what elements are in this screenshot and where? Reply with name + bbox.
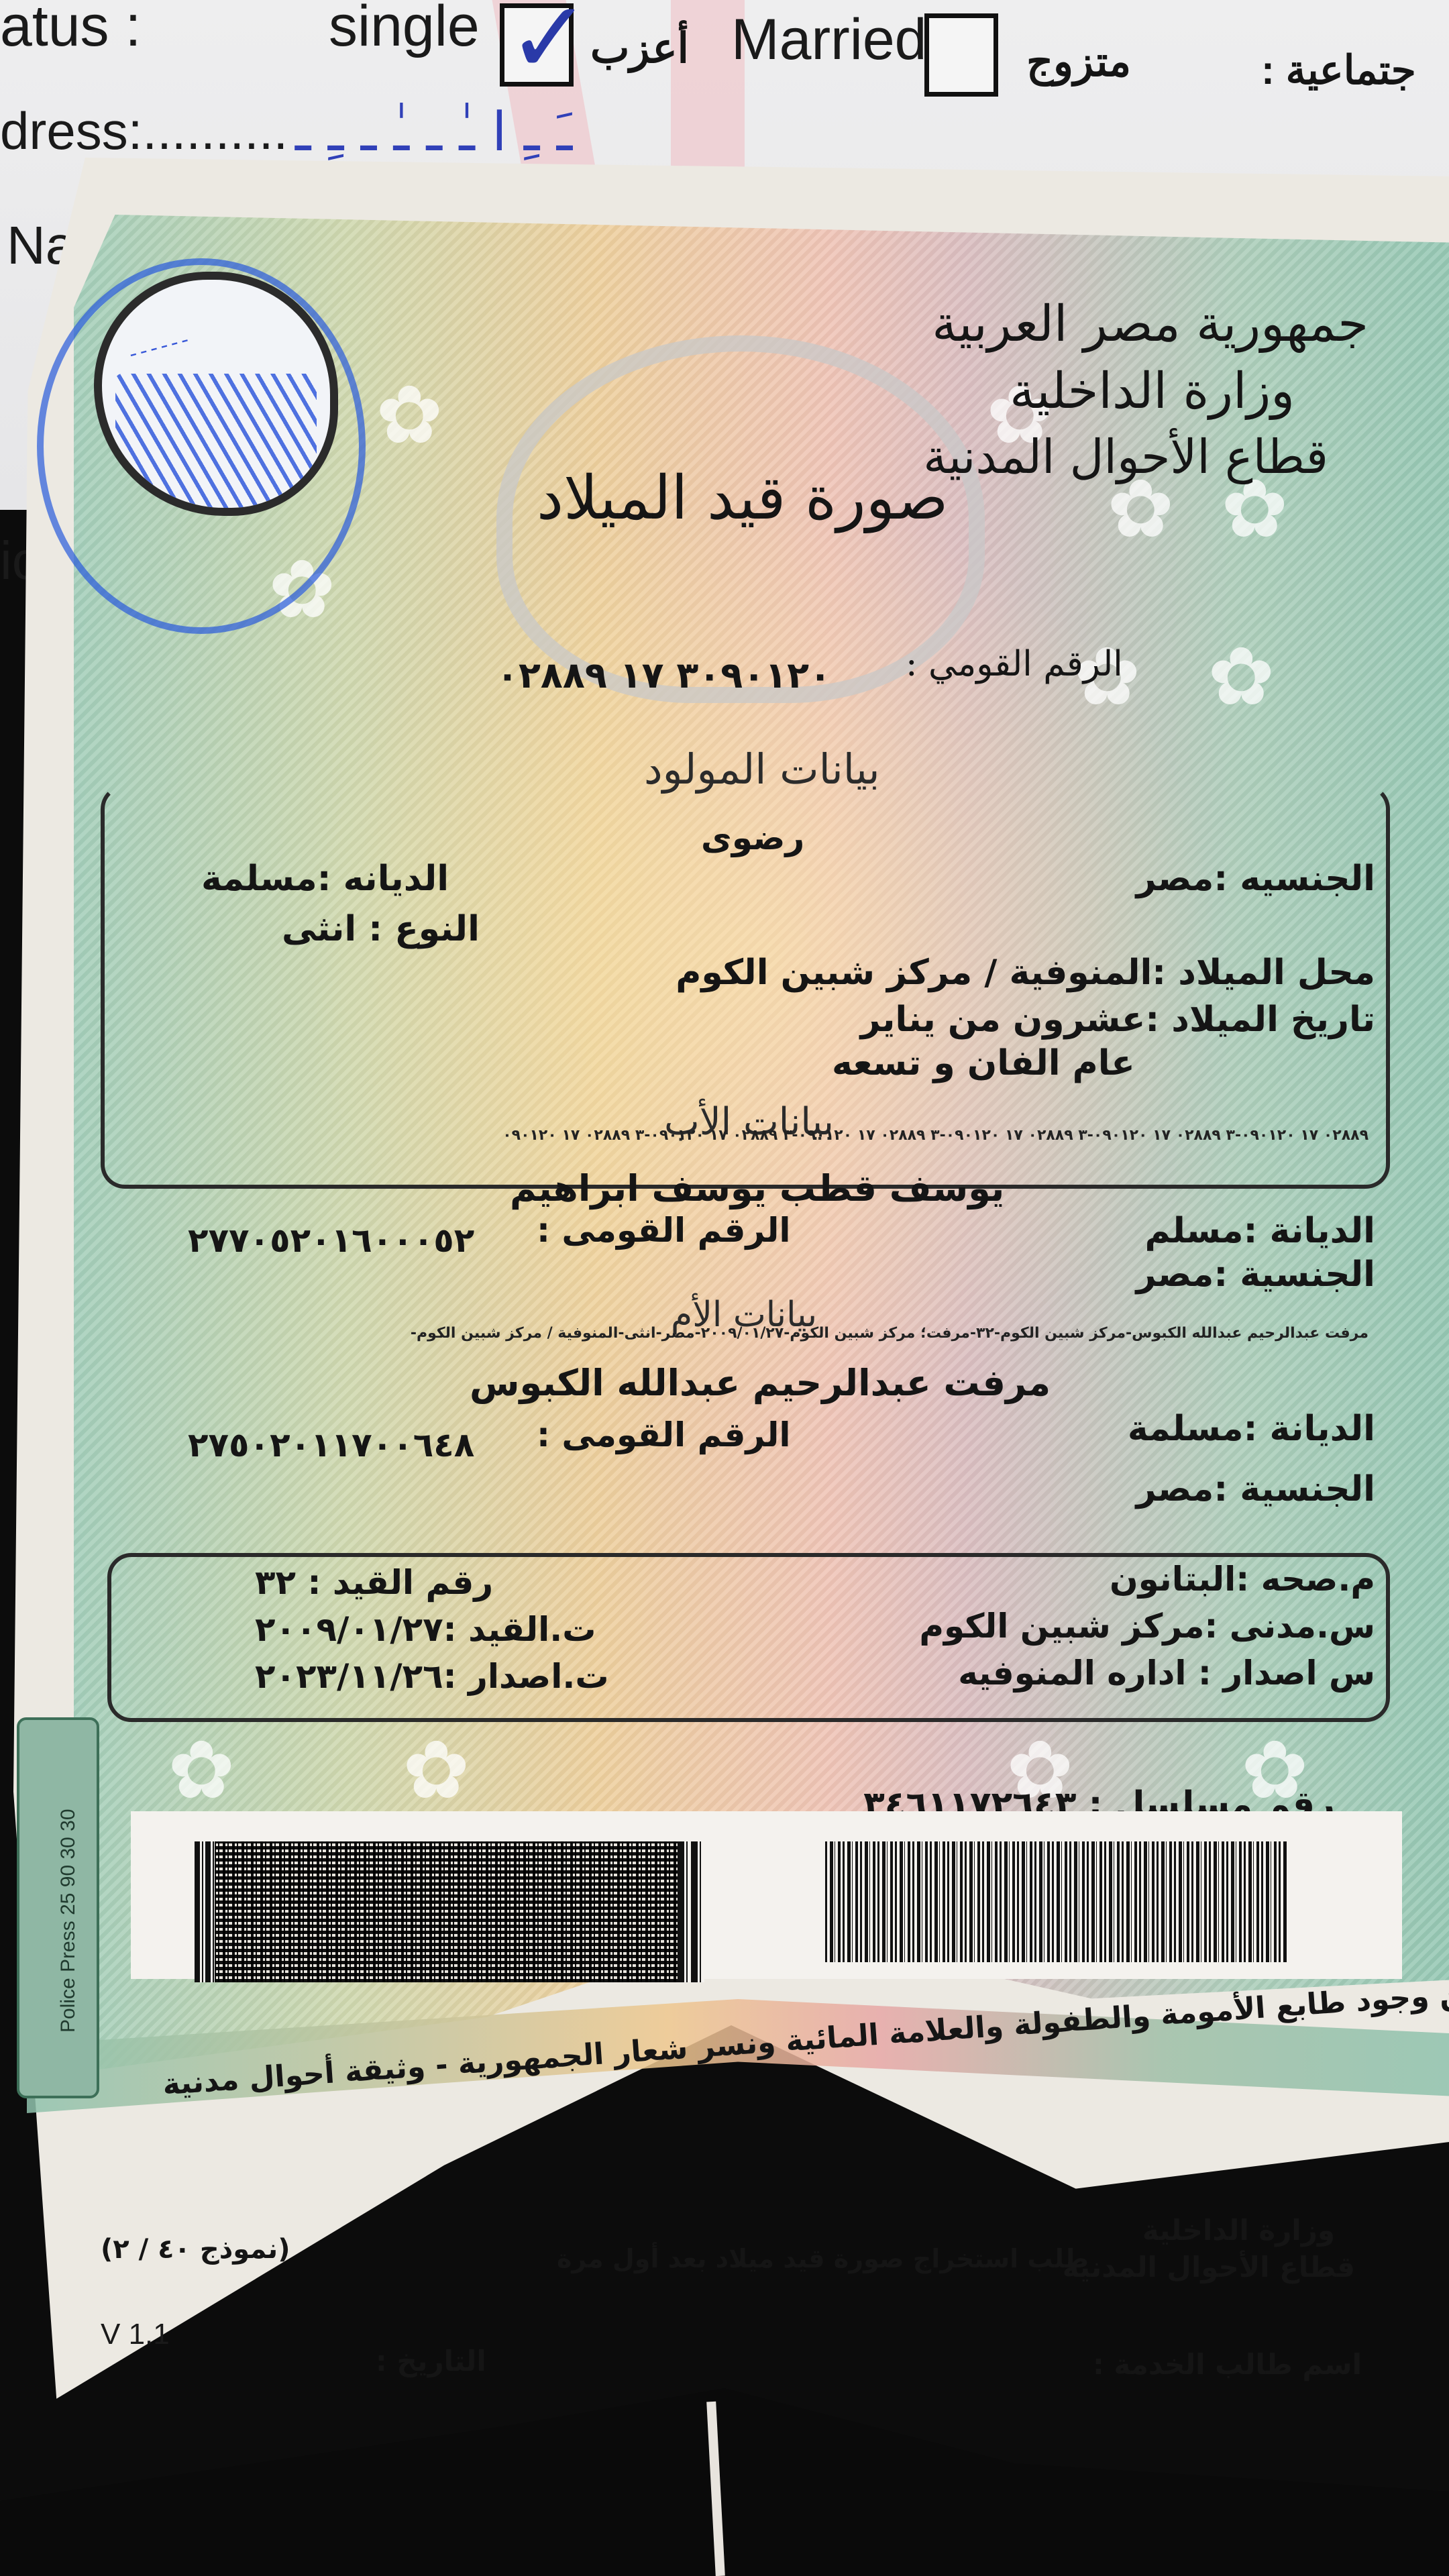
mother-national-id-label: الرقم القومى : bbox=[537, 1415, 791, 1454]
single-label: single bbox=[329, 0, 480, 60]
father-name: يوسف قطب يوسف ابراهيم bbox=[510, 1167, 1004, 1210]
mother-religion: الديانة :مسلمة bbox=[1128, 1409, 1375, 1449]
father-nationality: الجنسية :مصر bbox=[1136, 1254, 1375, 1295]
date-label: التاريخ : bbox=[376, 2345, 486, 2377]
linear-barcode-icon bbox=[825, 1841, 1288, 1962]
rosette-icon: ✿ bbox=[402, 1731, 470, 1811]
father-national-id-label: الرقم القومى : bbox=[537, 1211, 791, 1250]
dark-surface bbox=[0, 2388, 1449, 2576]
social-status-label: جتماعية : bbox=[1261, 47, 1416, 94]
form-version: V 1.1 bbox=[101, 2318, 170, 2351]
issue-date: ت.اصدار :٢٠٢٣/١١/٢٦ bbox=[255, 1657, 609, 1696]
header-sector: قطاع الأحوال المدنية bbox=[923, 429, 1328, 484]
mother-microprint: مرفت عبدالرحيم عبدالله الكبوس-مركز شبين … bbox=[107, 1325, 1368, 1342]
request-sector: قطاع الأحوال المدنية bbox=[1063, 2251, 1355, 2284]
form-number: (نموذج ٤٠ / ٢) bbox=[101, 2234, 290, 2265]
applicant-label: اسم طالب الخدمة : bbox=[1093, 2348, 1362, 2381]
address-label: dress:.......... bbox=[0, 101, 288, 162]
handwritten-address: ـَ ـِ ا ـٰ ـ ـٰ ـ ـِ ـ bbox=[295, 101, 572, 163]
newborn-nationality: الجنسيه :مصر bbox=[1136, 859, 1375, 899]
newborn-birth-date: تاريخ الميلاد :عشرون من يناير bbox=[861, 1000, 1375, 1040]
printer-imprint: Police Press 25 90 30 30 bbox=[57, 1809, 80, 2033]
mother-nationality: الجنسية :مصر bbox=[1136, 1469, 1375, 1509]
request-ministry: وزارة الداخلية bbox=[1142, 2214, 1335, 2247]
newborn-section-title: بيانات المولود bbox=[644, 745, 880, 794]
record-date: ت.القيد :٢٠٠٩/٠١/٢٧ bbox=[255, 1610, 596, 1649]
father-national-id-value: ٢٧٧٠٥٢٠١٦٠٠٠٥٢ bbox=[188, 1221, 474, 1260]
single-checkbox[interactable]: ✓ bbox=[500, 3, 574, 87]
married-ar-label: متزوج bbox=[1026, 37, 1131, 86]
mother-name: مرفت عبدالرحيم عبدالله الكبوس bbox=[470, 1362, 1051, 1404]
father-religion: الديانة :مسلم bbox=[1144, 1211, 1375, 1251]
stamp-seal-icon: ـ ـ ـ ـ ـ ـ bbox=[94, 272, 338, 516]
father-microprint: ٠٢٨٨٩ ١٧ ٠٩٠١٢٠-٣ ٠٢٨٨٩ ١٧ ٠٩٠١٢٠-٣ ٠٢٨٨… bbox=[107, 1127, 1368, 1144]
checkmark-icon: ✓ bbox=[507, 0, 592, 89]
newborn-name: رضوى bbox=[701, 818, 804, 857]
national-id-value: ٣٠٩٠١٢٠ ١٧ ٠٢٨٨٩ bbox=[496, 654, 831, 696]
single-ar-label: أعزب bbox=[590, 23, 689, 72]
request-title: طلب استخراج صورة قيد ميلاد بعد أول مرة bbox=[557, 2244, 1089, 2273]
married-checkbox[interactable] bbox=[924, 13, 998, 97]
health-office: م.صحه :البتانون bbox=[1110, 1560, 1375, 1599]
pdf417-start-pattern bbox=[195, 1841, 215, 1982]
pdf417-stop-pattern bbox=[678, 1841, 704, 1982]
rosette-icon: ✿ bbox=[376, 376, 443, 456]
rosette-icon: ✿ bbox=[1207, 637, 1275, 718]
certificate-title: صورة قيد الميلاد bbox=[537, 463, 949, 533]
status-label: atus : bbox=[0, 0, 141, 60]
record-number: رقم القيد : ٣٢ bbox=[255, 1563, 493, 1602]
newborn-birth-year: عام الفان و تسعه bbox=[832, 1043, 1135, 1083]
civil-registry: س.مدنى :مركز شبين الكوم bbox=[919, 1607, 1375, 1646]
pdf417-barcode-icon bbox=[195, 1841, 704, 1982]
national-id-label: الرقم القومي : bbox=[906, 644, 1123, 684]
newborn-gender: النوع : انثى bbox=[282, 909, 480, 949]
header-republic: جمهورية مصر العربية bbox=[932, 295, 1368, 353]
issue-place: س اصدار : اداره المنوفيه bbox=[958, 1654, 1375, 1693]
header-ministry: وزارة الداخلية bbox=[1010, 362, 1295, 420]
mother-national-id-value: ٢٧٥٠٢٠١١٧٠٠٦٤٨ bbox=[188, 1426, 474, 1464]
newborn-birth-place: محل الميلاد :المنوفية / مركز شبين الكوم bbox=[676, 953, 1375, 993]
married-label: Married bbox=[731, 7, 927, 73]
newborn-religion: الديانه :مسلمة bbox=[201, 859, 449, 899]
rosette-icon: ✿ bbox=[168, 1731, 235, 1811]
